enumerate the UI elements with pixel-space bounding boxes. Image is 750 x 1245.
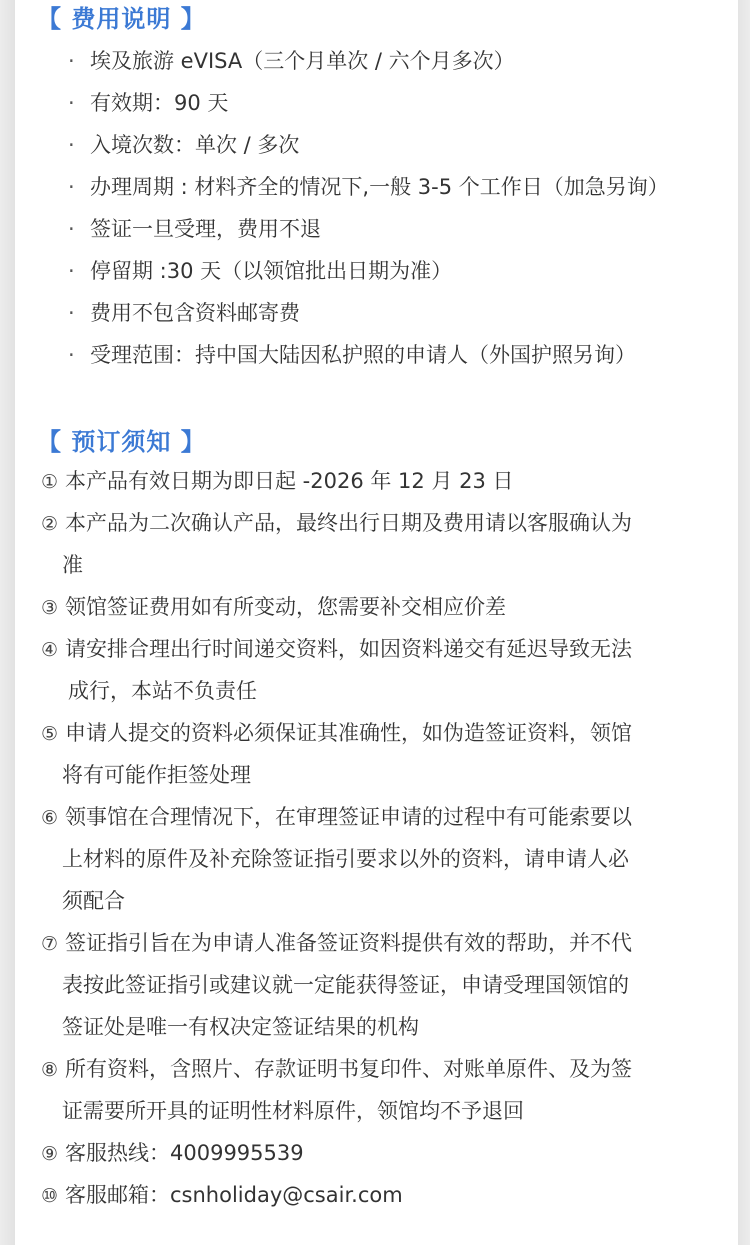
- bullet-icon: ·: [68, 46, 90, 76]
- circled-number-icon: ⑤: [41, 719, 65, 749]
- circled-number-icon: ⑧: [41, 1055, 65, 1085]
- bullet-icon: ·: [68, 130, 90, 160]
- service-email[interactable]: 客服邮箱：csnholiday@csair.com: [65, 1183, 403, 1207]
- notice-item-2: ②本产品为二次确认产品，最终出行日期及费用请以客服确认为: [41, 508, 632, 539]
- circled-number-icon: ⑦: [41, 929, 65, 959]
- circled-number-icon: ③: [41, 593, 65, 623]
- notice-item-7-cont: 表按此签证指引或建议就一定能获得签证，申请受理国领馆的: [62, 970, 629, 1000]
- notice-item-3: ③领馆签证费用如有所变动，您需要补交相应价差: [41, 592, 506, 623]
- circled-number-icon: ⑥: [41, 803, 65, 833]
- notice-item-7-cont: 签证处是唯一有权决定签证结果的机构: [62, 1012, 419, 1042]
- notice-item-5: ⑤申请人提交的资料必须保证其准确性，如伪造签证资料，领馆: [41, 718, 632, 749]
- fee-item: ·停留期 :30 天（以领馆批出日期为准）: [68, 256, 452, 286]
- notice-item-7: ⑦签证指引旨在为申请人准备签证资料提供有效的帮助，并不代: [41, 928, 632, 959]
- circled-number-icon: ⑨: [41, 1139, 65, 1169]
- notice-item-4-cont: 成行，本站不负责任: [68, 676, 257, 706]
- fee-section-title: 【 费用说明 】: [37, 2, 206, 36]
- fee-item: ·埃及旅游 eVISA（三个月单次 / 六个月多次）: [68, 46, 515, 76]
- notice-item-9-hotline: ⑨客服热线：4009995539: [41, 1138, 304, 1169]
- circled-number-icon: ②: [41, 509, 65, 539]
- circled-number-icon: ④: [41, 635, 65, 665]
- left-page-edge: [0, 0, 15, 1245]
- fee-item: ·费用不包含资料邮寄费: [68, 298, 300, 328]
- notice-item-2-cont: 准: [62, 550, 83, 580]
- fee-item: ·有效期：90 天: [68, 88, 228, 118]
- bullet-icon: ·: [68, 298, 90, 328]
- fee-item: ·签证一旦受理，费用不退: [68, 214, 321, 244]
- bullet-icon: ·: [68, 88, 90, 118]
- bullet-icon: ·: [68, 256, 90, 286]
- bullet-icon: ·: [68, 172, 90, 202]
- circled-number-icon: ①: [41, 467, 65, 497]
- notice-item-10-email: ⑩客服邮箱：csnholiday@csair.com: [41, 1180, 403, 1211]
- notice-item-1: ①本产品有效日期为即日起 -2026 年 12 月 23 日: [41, 466, 514, 497]
- notice-item-6: ⑥领事馆在合理情况下，在审理签证申请的过程中有可能索要以: [41, 802, 632, 833]
- fee-item: ·办理周期 : 材料齐全的情况下,一般 3-5 个工作日（加急另询）: [68, 172, 669, 202]
- notice-item-8: ⑧所有资料，含照片、存款证明书复印件、对账单原件、及为签: [41, 1054, 632, 1085]
- right-scroll-edge: [738, 0, 750, 1245]
- fee-item: ·入境次数：单次 / 多次: [68, 130, 299, 160]
- notice-item-8-cont: 证需要所开具的证明性材料原件，领馆均不予退回: [62, 1096, 524, 1126]
- bullet-icon: ·: [68, 214, 90, 244]
- notice-item-5-cont: 将有可能作拒签处理: [62, 760, 251, 790]
- bullet-icon: ·: [68, 340, 90, 370]
- notice-item-6-cont: 上材料的原件及补充除签证指引要求以外的资料，请申请人必: [62, 844, 629, 874]
- visa-info-card: 【 费用说明 】 ·埃及旅游 eVISA（三个月单次 / 六个月多次） ·有效期…: [15, 0, 738, 1245]
- circled-number-icon: ⑩: [41, 1181, 65, 1211]
- fee-item: ·受理范围：持中国大陆因私护照的申请人（外国护照另询）: [68, 340, 636, 370]
- hotline-number[interactable]: 客服热线：4009995539: [65, 1141, 304, 1165]
- notice-item-6-cont: 须配合: [62, 886, 125, 916]
- notice-item-4: ④请安排合理出行时间递交资料，如因资料递交有延迟导致无法: [41, 634, 632, 665]
- booking-section-title: 【 预订须知 】: [37, 425, 206, 459]
